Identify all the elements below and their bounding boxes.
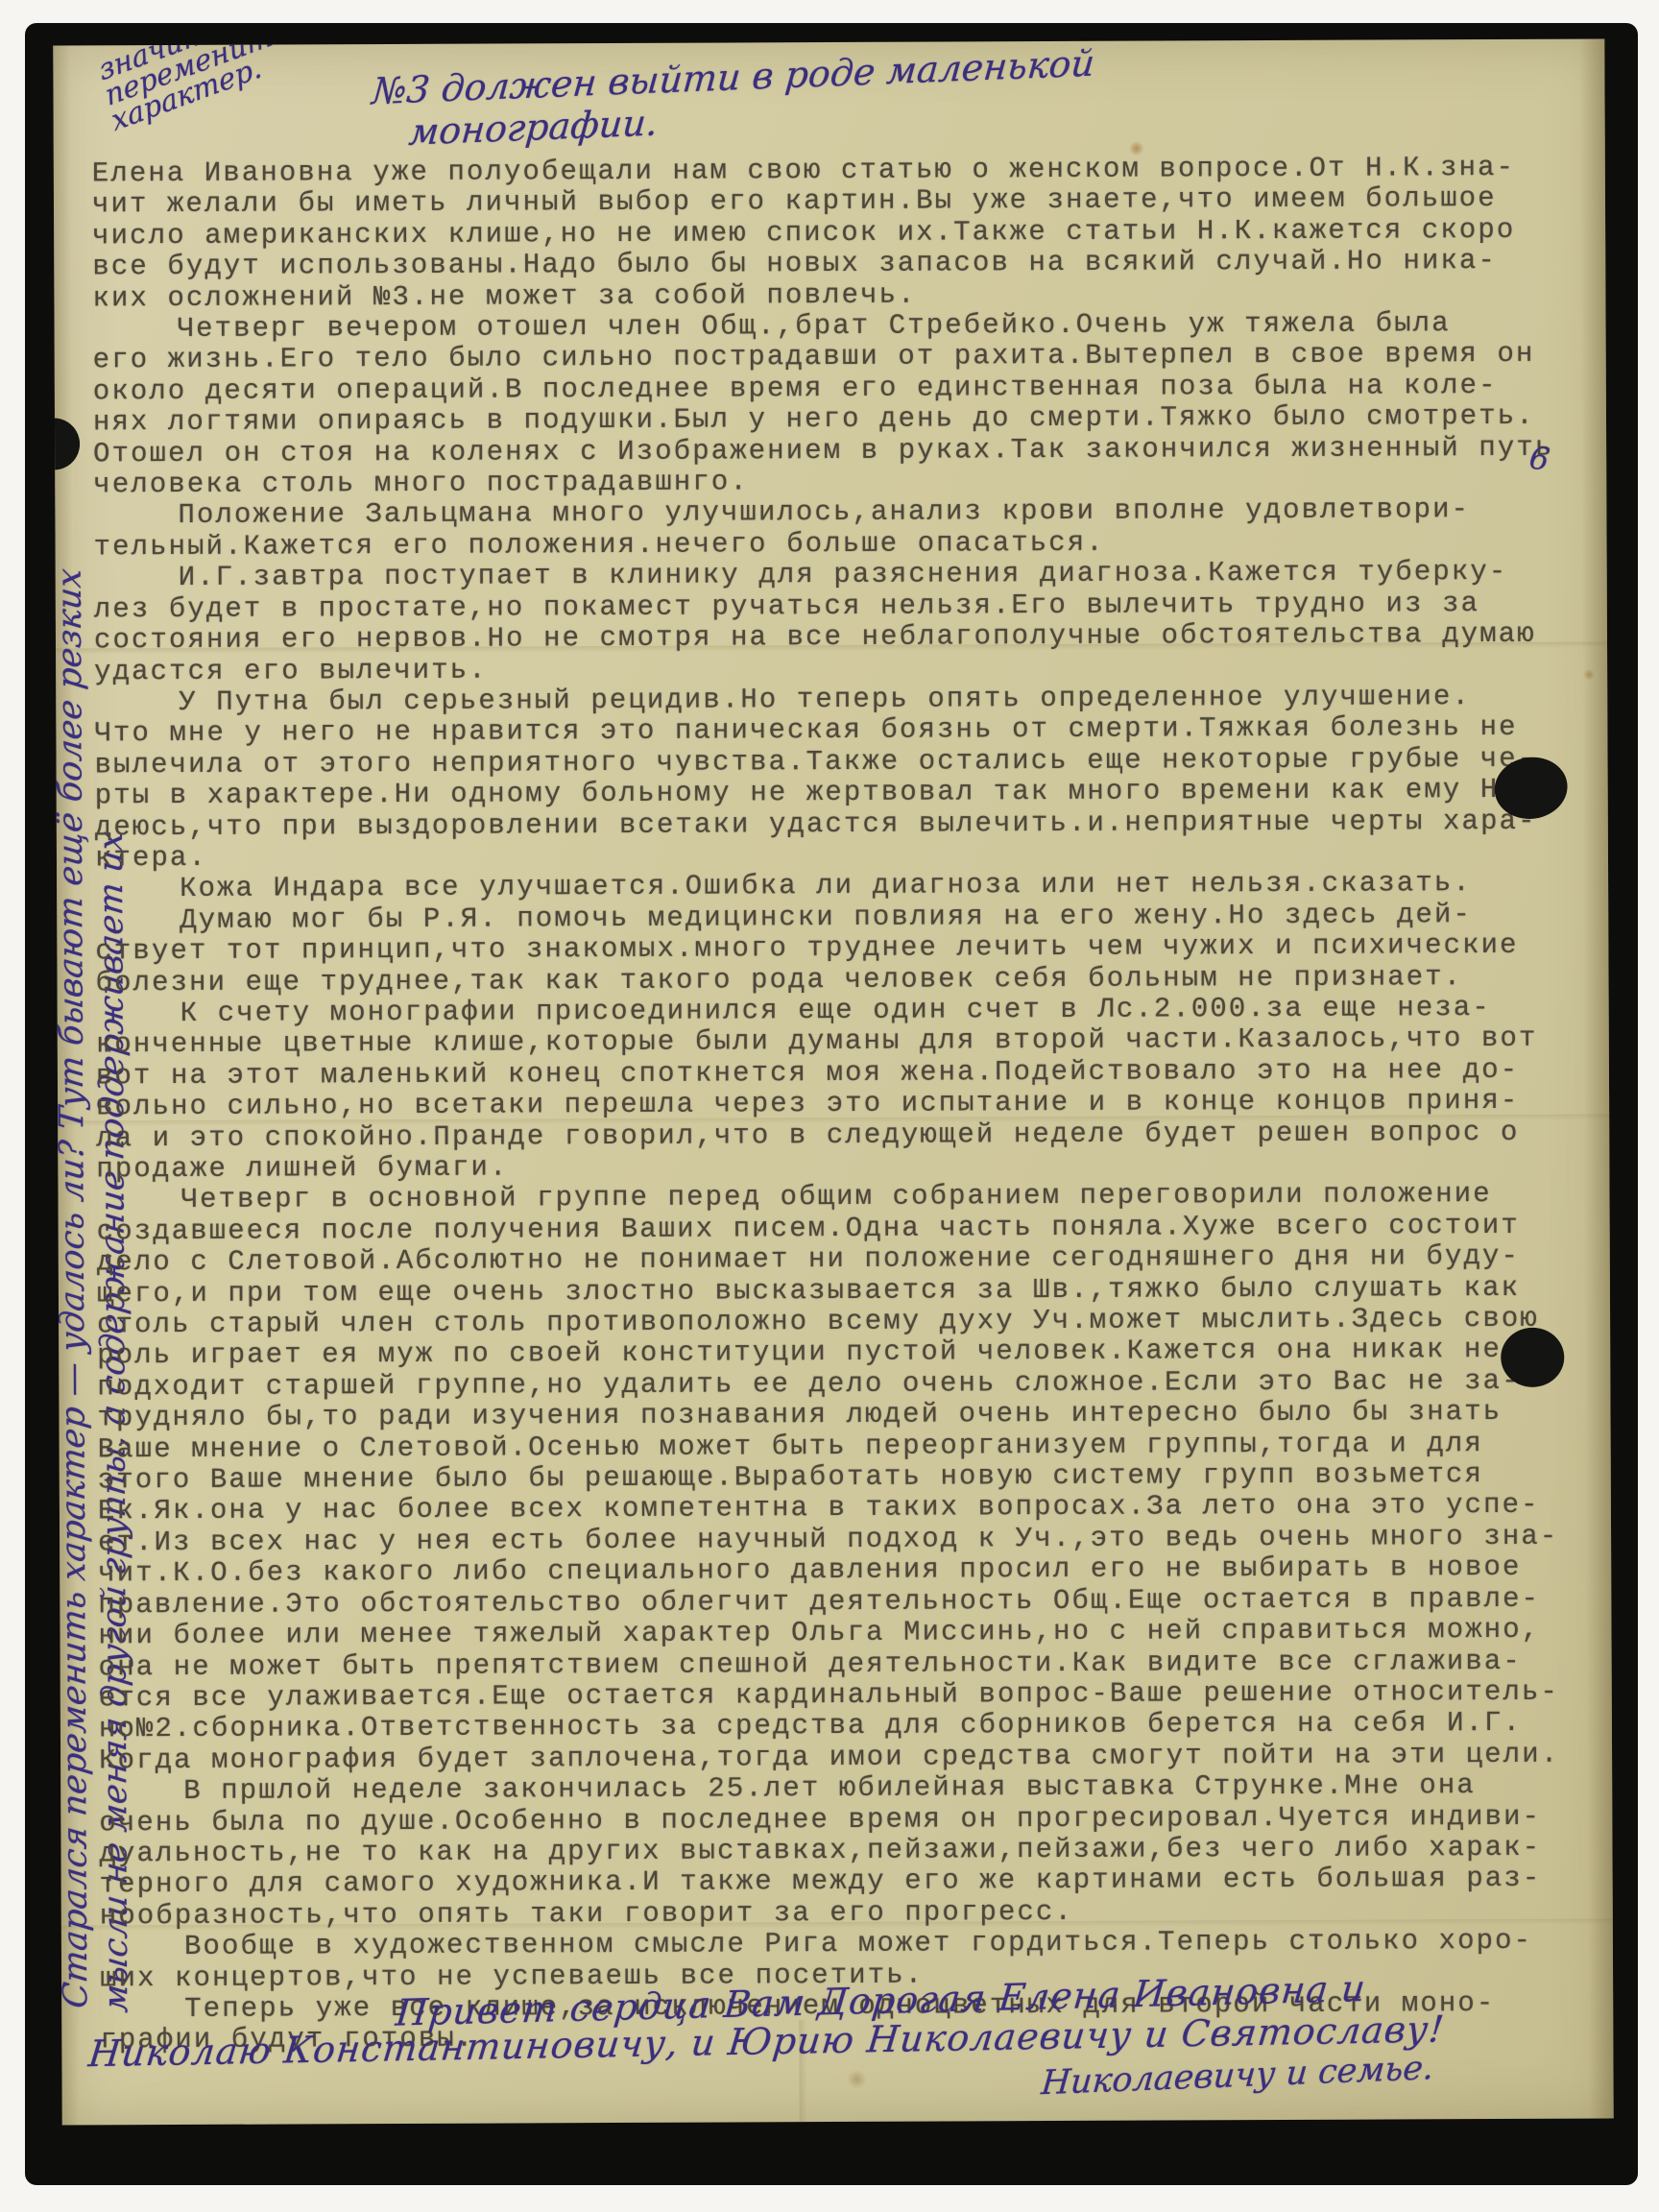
typed-line: деюсь,что при выздоровлении всетаки удас… <box>95 805 1585 843</box>
hole-punch-dot <box>1501 1328 1564 1387</box>
typed-line: Положение Зальцмана много улучшилось,ана… <box>93 494 1583 532</box>
typed-line: Вообще в художественном смысле Рига може… <box>100 1926 1590 1963</box>
handwritten-closing-line-3: Николаевичу и семье. <box>1040 2049 1435 2103</box>
scan-page: значит переменить характер. №3 должен вы… <box>0 0 1659 2212</box>
handwritten-note-top-center: №3 должен выйти в роде маленькой моногра… <box>367 41 1096 155</box>
typed-line: терного для самого художника.И также меж… <box>100 1863 1590 1901</box>
letter-paper: значит переменить характер. №3 должен вы… <box>53 38 1613 2125</box>
typed-line: состояния его нервов.Но не смотря на все… <box>94 619 1584 657</box>
typed-line: все будут использованы.Надо было бы новы… <box>92 246 1582 283</box>
handwritten-note-top-left: значит переменить характер. <box>96 38 296 134</box>
typed-letter-body: Елена Ивановна уже полуобещали нам свою … <box>92 153 1591 2057</box>
typed-line: Отошел он стоя на коленях с Изображением… <box>93 432 1583 469</box>
typed-line: ла и это спокойно.Пранде говорил,что в с… <box>96 1117 1586 1154</box>
